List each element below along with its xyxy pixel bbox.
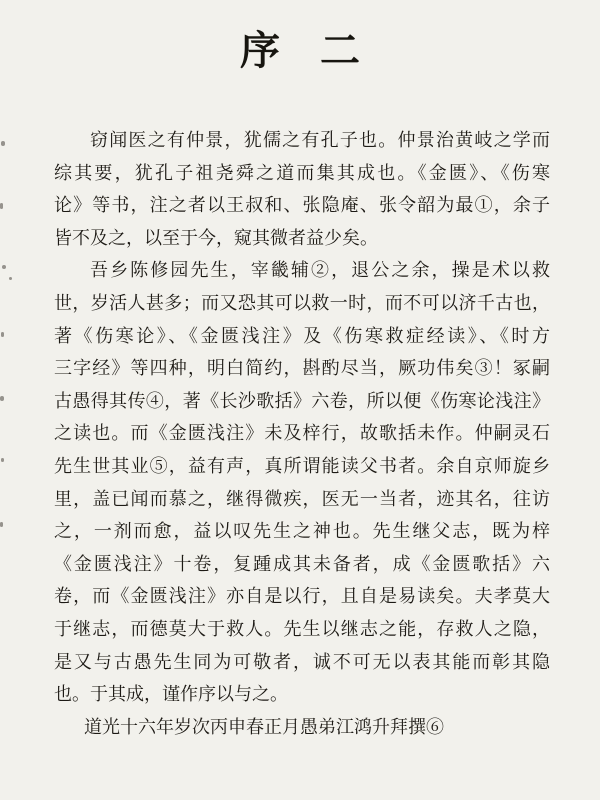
scan-speck <box>0 522 3 527</box>
page-title: 序 二 <box>0 0 600 74</box>
text-line: 著《伤寒论》、《金匮浅注》及《伤寒救症经读》、《时方 <box>54 320 550 353</box>
page-title-char-right: 二 <box>320 28 360 74</box>
text-line: 《金匮浅注》十卷，复踵成其未备者，成《金匮歌括》六 <box>54 548 550 581</box>
text-line: 也。于其成，谨作序以与之。 <box>54 678 550 711</box>
signature-line: 道光十六年岁次丙申春正月愚弟江鸿升拜撰⑥ <box>54 711 550 744</box>
text-line: 是又与古愚先生同为可敬者，诚不可无以表其能而彰其隐 <box>54 646 550 679</box>
scan-speck <box>9 277 12 280</box>
text-line: 古愚得其传④，著《长沙歌括》六卷，所以便《伤寒论浅注》 <box>54 385 550 418</box>
text-line: 之读也。而《金匮浅注》未及梓行，故歌括未作。仲嗣灵石 <box>54 417 550 450</box>
text-line: 世，岁活人甚多；而又恐其可以救一时，而不可以济千古也， <box>54 287 550 320</box>
text-line: 论》等书，注之者以王叔和、张隐庵、张令韶为最①，余子 <box>54 189 550 222</box>
text-line: 皆不及之，以至于今，窥其微者益少矣。 <box>54 222 550 255</box>
scan-speck <box>1 332 4 337</box>
scan-speck <box>1 458 4 462</box>
page: 序 二 窃闻医之有仲景，犹儒之有孔子也。仲景治黄岐之学而 综其要，犹孔子祖尧舜之… <box>0 0 600 800</box>
text-line: 窃闻医之有仲景，犹儒之有孔子也。仲景治黄岐之学而 <box>54 124 550 157</box>
text-line: 之，一剂而愈，益以叹先生之神也。先生继父志，既为梓 <box>54 515 550 548</box>
page-title-char-left: 序 <box>240 28 280 74</box>
text-line: 里，盖已闻而慕之，继得微疾，医无一当者，迹其名，往访 <box>54 483 550 516</box>
text-line: 于继志，而德莫大于救人。先生以继志之能，存救人之隐， <box>54 613 550 646</box>
scan-speck <box>2 265 6 269</box>
text-line: 三字经》等四种，明白简约，斟酌尽当，厥功伟矣③！冢嗣 <box>54 352 550 385</box>
text-line: 吾乡陈修园先生，宰畿辅②，退公之余，操是术以救 <box>54 254 550 287</box>
text-line: 综其要，犹孔子祖尧舜之道而集其成也。《金匮》、《伤寒 <box>54 157 550 190</box>
scan-speck <box>0 203 3 209</box>
preface-text: 窃闻医之有仲景，犹儒之有孔子也。仲景治黄岐之学而 综其要，犹孔子祖尧舜之道而集其… <box>54 124 550 743</box>
scan-speck <box>0 396 4 401</box>
text-line: 先生世其业⑤，益有声，真所谓能读父书者。余自京师旋乡 <box>54 450 550 483</box>
scan-speck <box>1 141 5 146</box>
text-line: 卷，而《金匮浅注》亦自是以行，且自是易读矣。夫孝莫大 <box>54 580 550 613</box>
